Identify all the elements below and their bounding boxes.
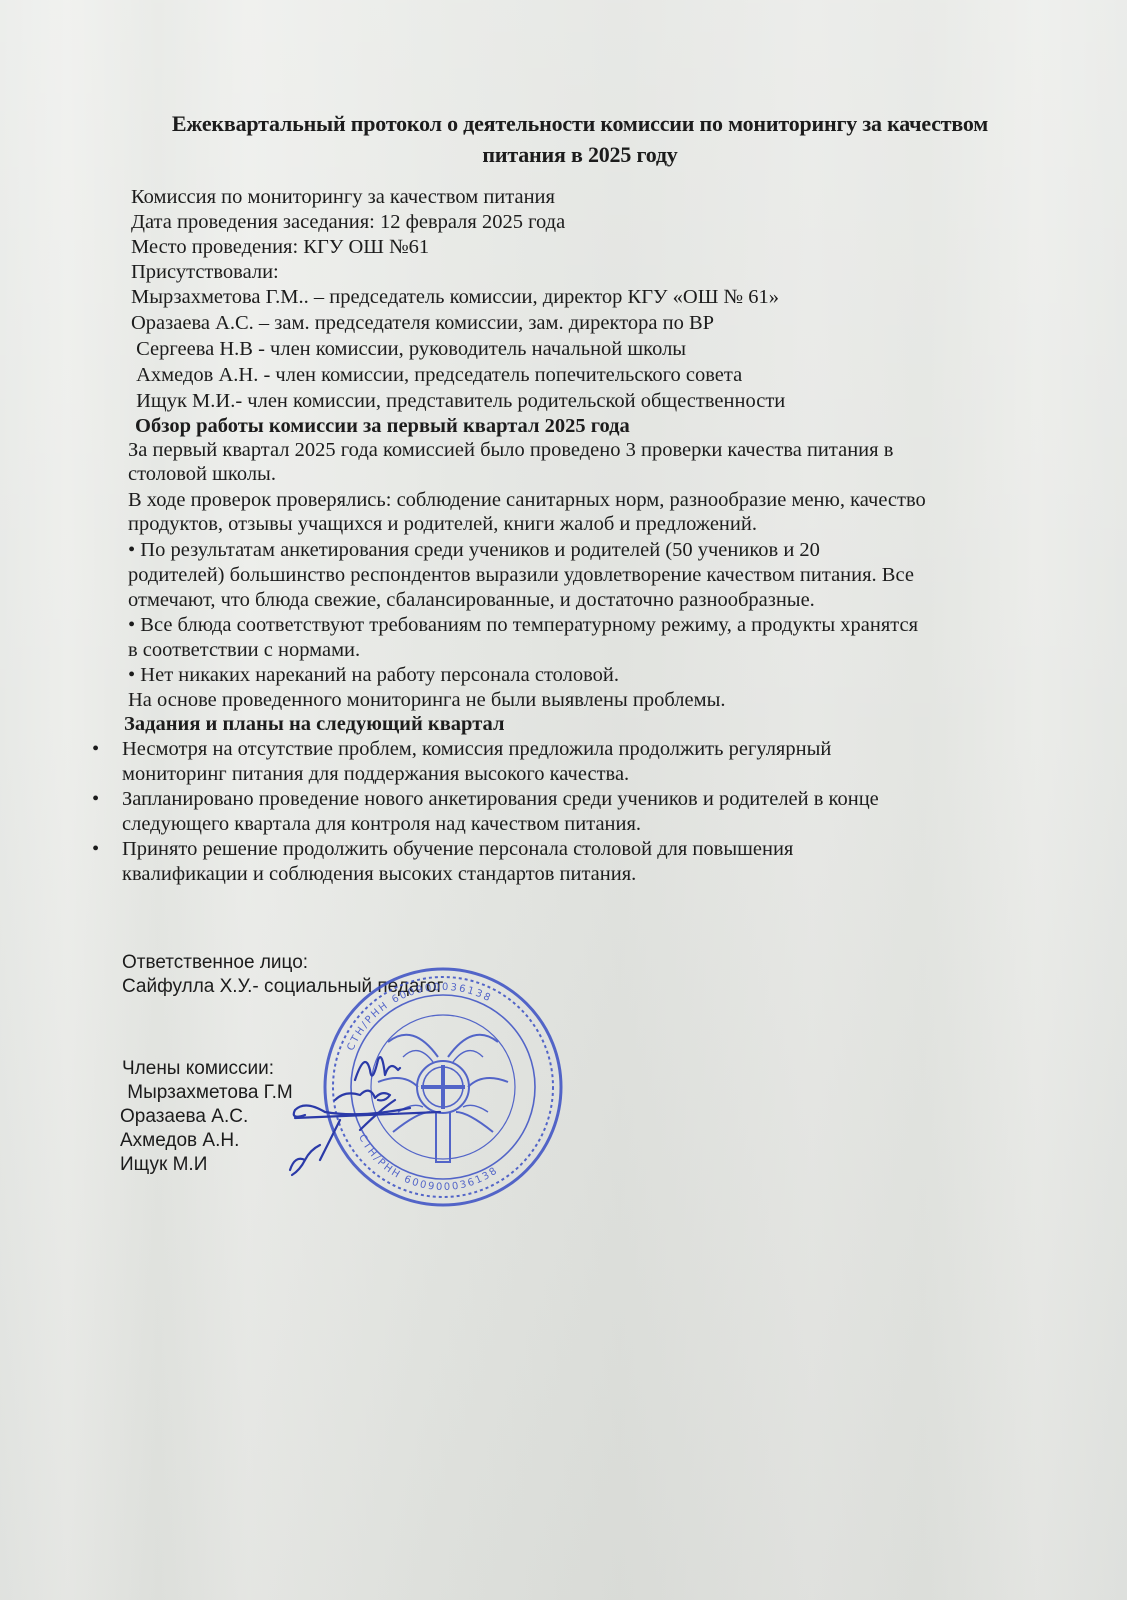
member-orazaeva: Оразаева А.С.: [120, 1105, 248, 1128]
commission-name: Комиссия по мониторингу за качеством пит…: [131, 185, 555, 210]
review-heading: Обзор работы комиссии за первый квартал …: [135, 414, 630, 439]
review-paragraph-2-line-2: продуктов, отзывы учащихся и родителей, …: [128, 512, 757, 537]
plan-item-1-line-2: мониторинг питания для поддержания высок…: [122, 762, 831, 787]
bullet-icon: •: [92, 737, 99, 762]
review-paragraph-1-line-2: столовой школы.: [128, 462, 276, 487]
plan-item-1-line-1: Несмотря на отсутствие проблем, комиссия…: [122, 737, 831, 762]
attendee-member-akhmedov: Ахмедов А.Н. - член комиссии, председате…: [131, 363, 742, 388]
staff-bullet: • Нет никаких нареканий на работу персон…: [128, 663, 619, 688]
temperature-bullet-line-1: • Все блюда соответствуют требованиям по…: [128, 613, 918, 638]
meeting-venue: Место проведения: КГУ ОШ №61: [131, 235, 429, 260]
review-conclusion: На основе проведенного мониторинга не бы…: [128, 688, 725, 713]
bullet-icon: •: [92, 837, 99, 862]
document-title: Ежеквартальный протокол о деятельности к…: [120, 108, 1040, 170]
attendee-chair: Мырзахметова Г.М.. – председатель комисс…: [131, 285, 779, 310]
attendees-label: Присутствовали:: [131, 260, 279, 285]
review-paragraph-1-line-1: За первый квартал 2025 года комиссией бы…: [128, 438, 893, 463]
review-paragraph-2-line-1: В ходе проверок проверялись: соблюдение …: [128, 488, 926, 513]
attendee-member-sergeeva: Сергеева Н.В - член комиссии, руководите…: [131, 337, 686, 362]
attendee-vice-chair: Оразаева А.С. – зам. председателя комисс…: [131, 311, 714, 336]
bullet-icon: •: [92, 787, 99, 812]
plan-item-1: • Несмотря на отсутствие проблем, комисс…: [122, 737, 831, 787]
plans-heading: Задания и планы на следующий квартал: [124, 712, 504, 737]
survey-bullet-line-3: отмечают, что блюда свежие, сбалансирова…: [128, 588, 815, 613]
meeting-date: Дата проведения заседания: 12 февраля 20…: [131, 210, 565, 235]
title-line-1: Ежеквартальный протокол о деятельности к…: [120, 108, 1040, 139]
survey-bullet-line-2: родителей) большинство респондентов выра…: [128, 563, 914, 588]
attendee-member-ishchuk: Ищук М.И.- член комиссии, представитель …: [131, 389, 785, 414]
member-ishchuk: Ищук М.И: [120, 1153, 207, 1176]
plan-item-3-line-2: квалификации и соблюдения высоких станда…: [122, 862, 793, 887]
title-line-2: питания в 2025 году: [120, 139, 1040, 170]
survey-bullet-line-1: • По результатам анкетирования среди уче…: [128, 538, 820, 563]
temperature-bullet-line-2: в соответствии с нормами.: [128, 638, 360, 663]
plan-item-3: • Принято решение продолжить обучение пе…: [122, 837, 793, 887]
member-akhmedov: Ахмедов А.Н.: [120, 1129, 239, 1152]
plan-item-2-line-2: следующего квартала для контроля над кач…: [122, 812, 879, 837]
plan-item-2-line-1: Запланировано проведение нового анкетиро…: [122, 787, 879, 812]
plan-item-2: • Запланировано проведение нового анкети…: [122, 787, 879, 837]
handwritten-signature-icon: [250, 1040, 450, 1190]
plan-item-3-line-1: Принято решение продолжить обучение перс…: [122, 837, 793, 862]
responsible-label: Ответственное лицо:: [122, 951, 308, 974]
